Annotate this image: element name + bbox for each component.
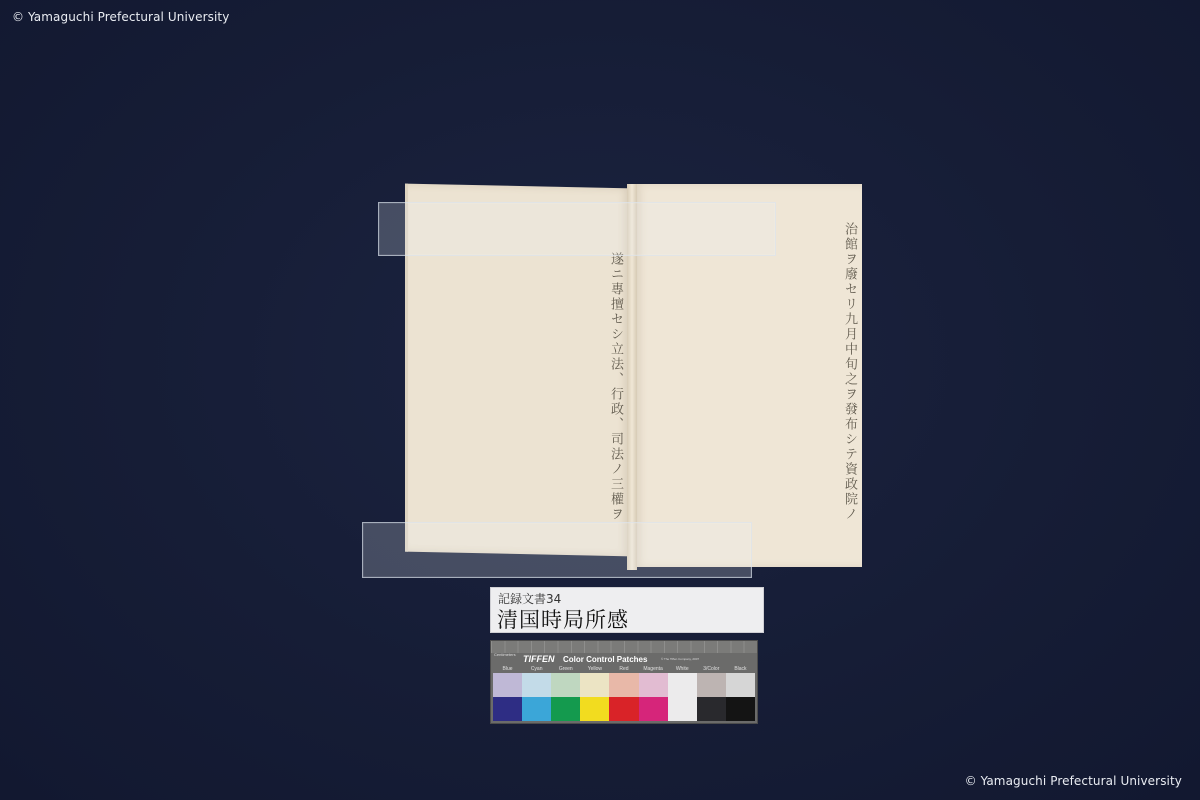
patch-light [522,673,551,697]
patch-red [609,673,638,721]
patch-dark [609,697,638,721]
document-label-card: 記録文書34 清国時局所感 [490,587,764,633]
patch-names: Blue Cyan Green Yellow Red Magenta White… [493,666,755,672]
label-title: 清国時局所感 [497,604,629,634]
patch-light [551,673,580,697]
copyright-watermark-top: © Yamaguchi Prefectural University [12,10,229,24]
patch-dark [522,697,551,721]
ruler [491,641,757,653]
patch-dark [580,697,609,721]
patch-light [726,673,755,697]
patch-light [580,673,609,697]
acrylic-clamp-bottom [362,522,752,578]
patch-light [493,673,522,697]
patch-name: Magenta [639,666,668,672]
patch-black [726,673,755,721]
color-control-chart: Centimeters TIFFEN Color Control Patches… [490,640,758,724]
patch-name: Black [726,666,755,672]
patch-name: 3/Color [697,666,726,672]
patch-name: Yellow [580,666,609,672]
patch-dark [639,697,668,721]
patch-green [551,673,580,721]
patch-name: Blue [493,666,522,672]
patch-white [668,673,697,721]
acrylic-clamp-top [378,202,776,256]
color-patches [493,673,755,721]
patch-light [609,673,638,697]
patch-light [668,673,697,697]
right-page-text: 治館ヲ廢セリ九月中旬之ヲ發布シテ資政院ノ設置並地方自治議會ノ開設ヲ令シ十月上旬資… [640,222,858,522]
patch-dark [493,697,522,721]
patch-yellow [580,673,609,721]
patch-dark [726,697,755,721]
patch-dark [551,697,580,721]
patch-name: Green [551,666,580,672]
patch-light [697,673,726,697]
patch-cyan [522,673,551,721]
patch-name: Red [609,666,638,672]
patch-3color [697,673,726,721]
patch-name: White [668,666,697,672]
copyright-watermark-bottom: © Yamaguchi Prefectural University [965,774,1182,788]
chart-copyright: © The Tiffen Company, 2007 [661,657,699,661]
chart-title: Color Control Patches [563,655,647,664]
left-page-text: 遂ニ專擅セシ立法、行政、司法ノ三權ヲ分チ其統一ニ帰シ議院ハ立法ノ協賛スル所ニシテ… [414,252,624,522]
ruler-unit-label: Centimeters [494,652,516,657]
chart-brand: TIFFEN [523,654,555,664]
patch-light [639,673,668,697]
patch-dark [697,697,726,721]
patch-blue [493,673,522,721]
patch-magenta [639,673,668,721]
patch-dark [668,697,697,721]
patch-name: Cyan [522,666,551,672]
